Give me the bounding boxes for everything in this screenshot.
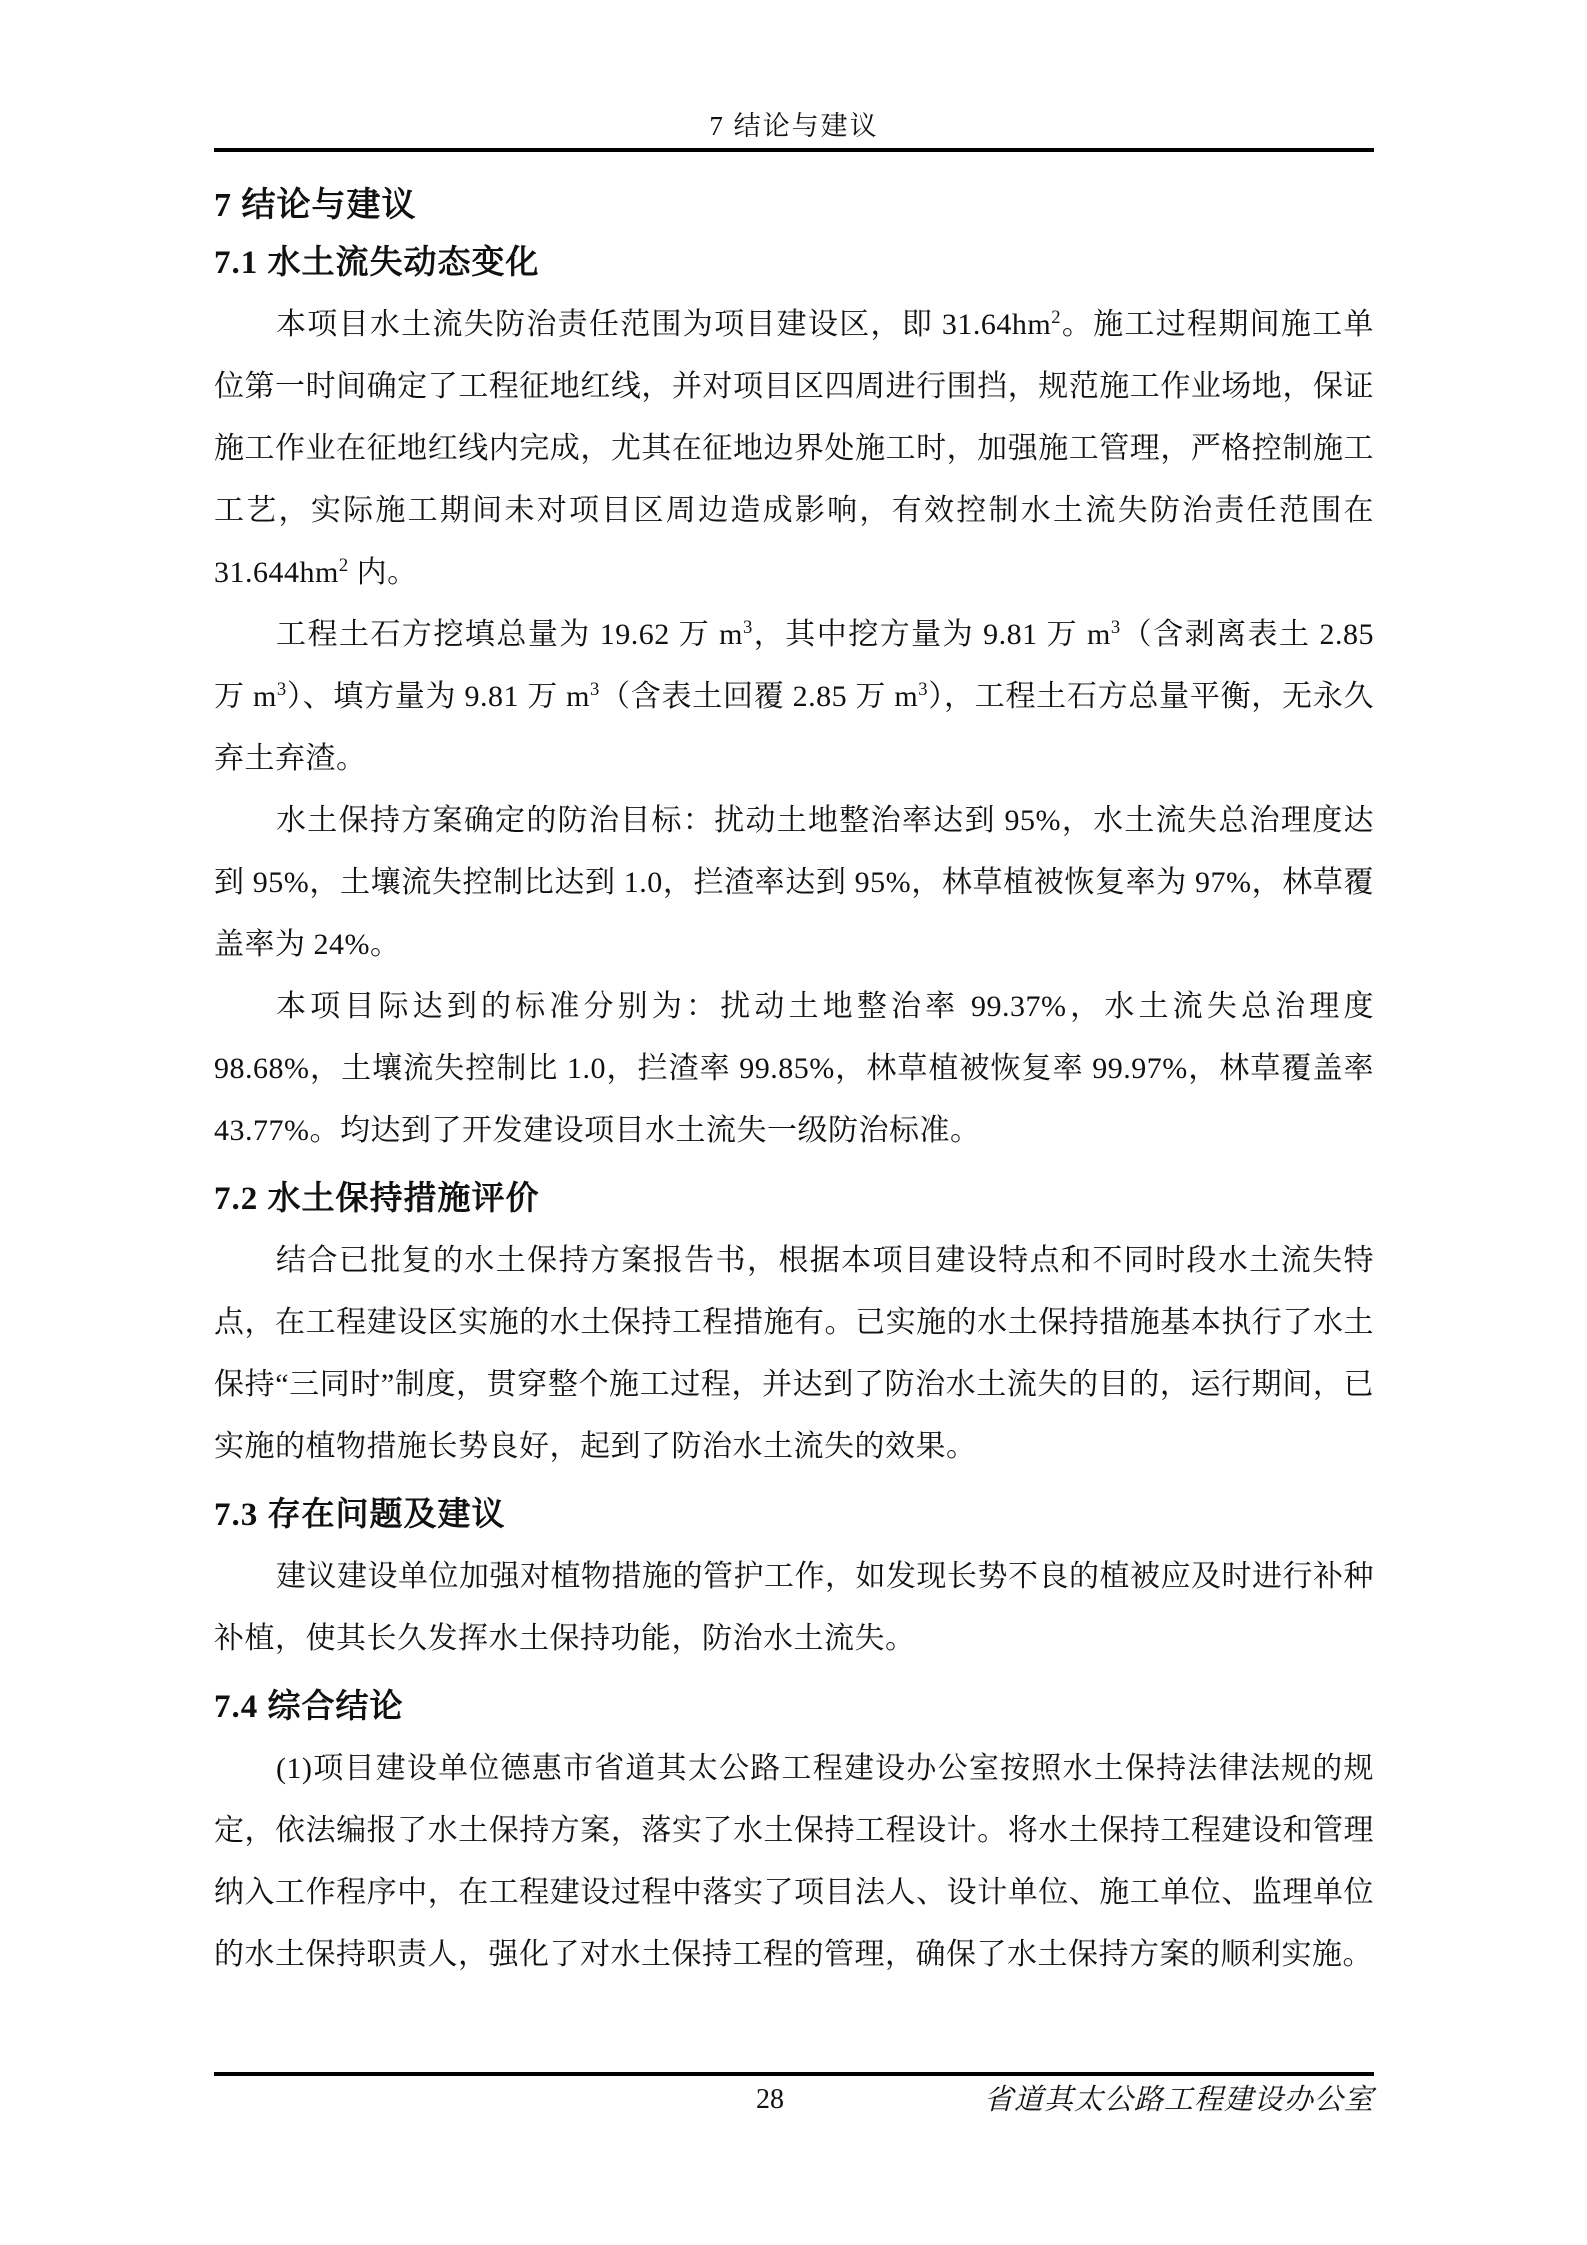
paragraph: 建议建设单位加强对植物措施的管护工作，如发现长势不良的植被应及时进行补种补植，使… [214, 1546, 1374, 1670]
running-header: 7 结论与建议 [214, 104, 1374, 152]
paragraph: 结合已批复的水土保持方案报告书，根据本项目建设特点和不同时段水土流失特点，在工程… [214, 1230, 1374, 1478]
section-heading: 7.4 综合结论 [214, 1686, 1374, 1728]
paragraph: 水土保持方案确定的防治目标：扰动土地整治率达到 95%，水土流失总治理度达到 9… [214, 790, 1374, 976]
superscript: 3 [743, 617, 753, 638]
report-page: 7 结论与建议 7 结论与建议7.1 水土流失动态变化本项目水土流失防治责任范围… [0, 0, 1587, 2245]
running-header-title: 7 结论与建议 [709, 111, 878, 141]
footer-organization: 省道其太公路工程建设办公室 [984, 2083, 1374, 2117]
paragraph: 工程土石方挖填总量为 19.62 万 m3，其中挖方量为 9.81 万 m3（含… [214, 604, 1374, 790]
section-heading: 7.3 存在问题及建议 [214, 1494, 1374, 1536]
superscript: 3 [277, 679, 287, 700]
section-heading: 7.2 水土保持措施评价 [214, 1178, 1374, 1220]
page-footer: 28 省道其太公路工程建设办公室 [214, 2072, 1374, 2117]
document-body: 7 结论与建议7.1 水土流失动态变化本项目水土流失防治责任范围为项目建设区，即… [214, 170, 1374, 1986]
superscript: 2 [339, 555, 349, 576]
paragraph: 本项目际达到的标准分别为：扰动土地整治率 99.37%，水土流失总治理度 98.… [214, 976, 1374, 1162]
section-heading: 7.1 水土流失动态变化 [214, 242, 1374, 284]
section-heading: 7 结论与建议 [214, 186, 1374, 226]
paragraph: 本项目水土流失防治责任范围为项目建设区，即 31.64hm2。施工过程期间施工单… [214, 294, 1374, 604]
superscript: 3 [918, 679, 928, 700]
superscript: 3 [1111, 617, 1121, 638]
superscript: 3 [590, 679, 600, 700]
superscript: 2 [1051, 307, 1061, 328]
paragraph: (1)项目建设单位德惠市省道其太公路工程建设办公室按照水土保持法律法规的规定，依… [214, 1738, 1374, 1986]
footer-row: 28 省道其太公路工程建设办公室 [214, 2076, 1374, 2117]
